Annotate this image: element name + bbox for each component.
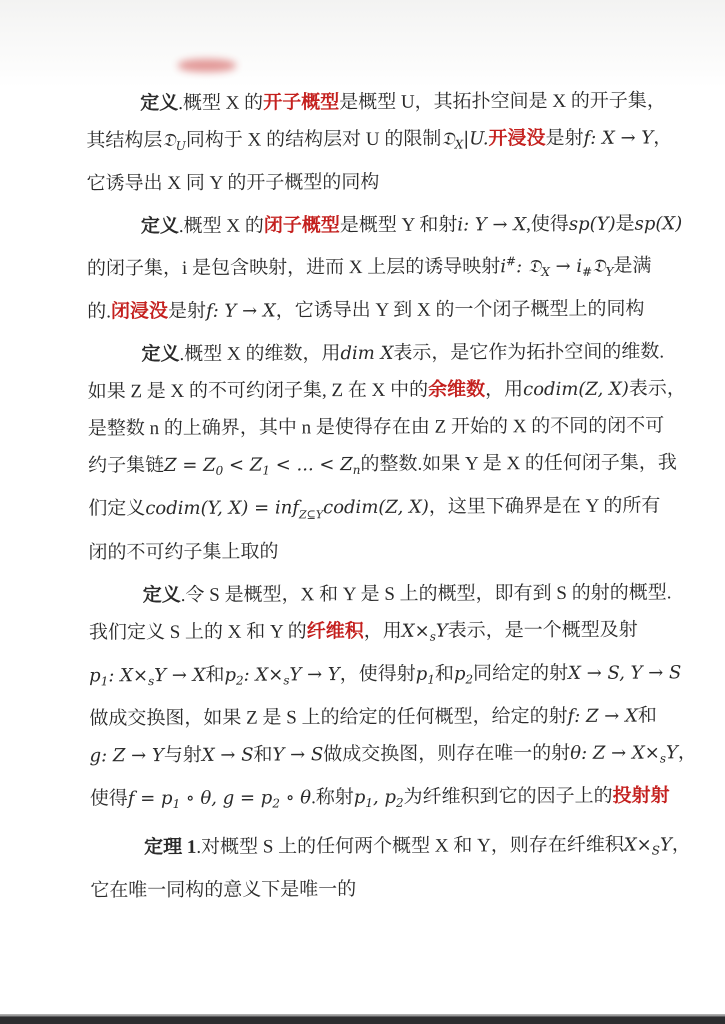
text-run: 它在唯一同构的意义下是唯一的 [90, 879, 356, 901]
text-line: 定义.令 S 是概型，X 和 Y 是 S 上的概型，即有到 S 的射的概型. [89, 574, 656, 614]
text-run: 做成交换图，则存在唯一的射 [323, 743, 570, 765]
text-run: .概型 X 的 [178, 93, 263, 114]
text-run: 是概型 U，其拓扑空间是 X 的开子集， [339, 90, 666, 113]
text-run: sp(Y) [569, 214, 616, 235]
text-run: .概型 X 的 [179, 216, 264, 237]
text-run: p [416, 664, 428, 685]
text-run: X → S [202, 745, 254, 766]
text-run: i: Y → X [457, 214, 526, 235]
text-run: θ: Z → X× [570, 742, 660, 763]
text-run: 与射 [164, 745, 202, 766]
text-run: 和 [253, 744, 272, 765]
text-run: 的整数.如果 Y 是 X 的任何闭子集，我 [360, 452, 677, 475]
text-line: 定义.概型 X 的维数，用dim X表示，是它作为拓扑空间的维数. [87, 333, 654, 373]
document-page: 定义.概型 X 的开子概型是概型 U，其拓扑空间是 X 的开子集，其结构层𝔇U同… [0, 0, 725, 1024]
definition-fiber-product: 定义.令 S 是概型，X 和 Y 是 S 上的概型，即有到 S 的射的概型.我们… [89, 574, 657, 823]
text-run: < ... < Z [270, 454, 353, 475]
text-run: Y → S [272, 744, 323, 765]
text-run: S [652, 843, 660, 857]
text-run: Z⊆Y [299, 508, 323, 521]
key-term: 开子概型 [263, 92, 339, 113]
text-run: : X× [108, 665, 148, 686]
text-run: ，用 [364, 621, 402, 642]
text-line: 定义.概型 X 的开子概型是概型 U，其拓扑空间是 X 的开子集， [86, 82, 653, 122]
key-term: 闭子概型 [264, 215, 340, 236]
text-run: codim(Z, X) [323, 497, 429, 519]
text-run: 和 [638, 705, 657, 726]
text-run: sp(X) [635, 213, 683, 234]
text-run: p [89, 665, 101, 686]
text-run: .概型 X 的维数，用 [179, 343, 340, 365]
definition-open-subscheme: 定义.概型 X 的开子概型是概型 U，其拓扑空间是 X 的开子集，其结构层𝔇U同… [86, 82, 654, 202]
text-run: X → S, Y → S [568, 662, 681, 684]
key-term: 投射射 [613, 785, 670, 806]
text-run: 1 [427, 673, 435, 687]
text-run: 我们定义 S 上的 X 和 Y 的 [89, 621, 307, 643]
text-run: 和 [435, 664, 454, 685]
text-run: X× [624, 834, 652, 855]
text-line: 我们定义 S 上的 X 和 Y 的纤维积，用X×sY表示，是一个概型及射 [89, 611, 656, 657]
text-run: Y [436, 621, 448, 642]
text-line: 它在唯一同构的意义下是唯一的 [90, 869, 657, 909]
text-line: 使得f = p1 ∘ θ, g = p2 ∘ θ.称射p1, p2为纤维积到它的… [90, 777, 657, 823]
text-run: 它诱导出 X 同 Y 的开子概型的同构 [87, 172, 380, 195]
text-run: 定义 [143, 585, 181, 606]
text-run: 表示， [629, 378, 686, 399]
text-run: .称射 [311, 787, 354, 808]
text-run: 2 [465, 672, 473, 686]
text-run: ， [678, 742, 697, 763]
text-run: 2 [396, 796, 404, 810]
text-run: 为纤维积到它的因子上的 [404, 786, 613, 808]
text-line: 约子集链Z = Z0 < Z1 < ... < Zn的整数.如果 Y 是 X 的… [88, 444, 655, 490]
text-run: 𝔇 [162, 130, 175, 151]
text-run: 是概型 Y 和射 [340, 215, 458, 237]
text-run: ，它诱导出 Y 到 X 的一个闭子概型上的同构 [276, 299, 645, 322]
text-run: Y [660, 834, 672, 855]
text-run: 是整数 n 的上确界，其中 n 是使得存在由 Z 开始的 X 的不同的闭不可 [88, 415, 664, 439]
text-run: 如果 Z 是 X 的不可约闭子集, Z 在 X 中的 [88, 380, 429, 403]
text-run: Y [666, 742, 678, 763]
text-run: 同构于 X 的结构层对 U 的限制 [186, 129, 442, 151]
text-run: Y → Y [289, 664, 339, 685]
key-term: 纤维积 [307, 621, 364, 642]
definition-dimension-codimension: 定义.概型 X 的维数，用dim X表示，是它作为拓扑空间的维数.如果 Z 是 … [87, 333, 655, 571]
text-line: p1: X×sY → X和p2: X×sY → Y，使得射p1和p2同给定的射X… [89, 654, 656, 700]
text-run: 们定义 [88, 498, 145, 519]
text-run: f: X → Y [583, 127, 653, 148]
text-run: → i [550, 256, 582, 277]
text-run: |U. [463, 128, 488, 149]
text-run: # [506, 254, 516, 268]
text-run: 表示，是它作为拓扑空间的维数. [393, 341, 664, 363]
text-run: ∘ θ [280, 787, 311, 808]
key-term: 余维数 [428, 379, 485, 400]
text-run: U [176, 139, 186, 153]
text-run: : X× [244, 664, 284, 685]
document-body: 定义.概型 X 的开子概型是概型 U，其拓扑空间是 X 的开子集，其结构层𝔇U同… [0, 0, 725, 910]
text-run: codim(Y, X) = inf [145, 497, 299, 519]
text-run: Y → X [154, 665, 205, 686]
text-line: 的闭子集，i 是包含映射，进而 X 上层的诱导映射i#: 𝔇X → i#𝔇Y是满 [87, 242, 654, 293]
text-run: 是 [616, 214, 635, 235]
text-run: 同给定的射 [473, 663, 568, 684]
text-run: f: Y → X [206, 300, 276, 321]
text-run: f: Z → X [568, 706, 638, 727]
text-run: p [354, 787, 366, 808]
text-line: 定义.概型 X 的闭子概型是概型 Y 和射i: Y → X,使得sp(Y)是sp… [87, 205, 654, 245]
text-run: g: Z → Y [90, 745, 164, 766]
text-run: 1 [262, 463, 270, 477]
text-run: , p [373, 787, 396, 808]
text-run: 定理 1 [144, 837, 196, 858]
text-line: 的.闭浸没是射f: Y → X，它诱导出 Y 到 X 的一个闭子概型上的同构 [87, 290, 654, 330]
text-line: 闭的不可约子集上取的 [88, 531, 655, 571]
text-line: 是整数 n 的上确界，其中 n 是使得存在由 Z 开始的 X 的不同的闭不可 [88, 407, 655, 447]
text-run: ， [653, 127, 672, 148]
text-line: g: Z → Y与射X → S和Y → S做成交换图，则存在唯一的射θ: Z →… [89, 734, 656, 780]
text-run: 定义 [140, 93, 178, 114]
theorem-1-fiber-product-existence: 定理 1.对概型 S 上的任何两个概型 X 和 Y，则存在纤维积X×SY，它在唯… [90, 826, 657, 909]
text-run: ,使得 [526, 214, 569, 235]
text-run: # [582, 265, 592, 279]
key-term: 开浸没 [488, 128, 545, 149]
text-line: 其结构层𝔇U同构于 X 的结构层对 U 的限制𝔇X|U.开浸没是射f: X → … [86, 119, 653, 165]
text-run: 表示，是一个概型及射 [448, 620, 638, 642]
text-run: ∘ θ, g = p [180, 787, 272, 808]
text-run: 定义 [141, 344, 179, 365]
text-run: .令 S 是概型，X 和 Y 是 S 上的概型，即有到 S 的射的概型. [181, 582, 672, 606]
text-run: X [541, 265, 550, 279]
text-run: 是满 [613, 255, 651, 276]
text-run: 是射 [168, 301, 206, 322]
text-run: 的. [87, 301, 111, 322]
text-run: p [224, 665, 236, 686]
text-run: 定义 [141, 216, 179, 237]
text-run: 𝔇 [441, 129, 454, 150]
text-run: 是射 [545, 128, 583, 149]
text-run: 约子集链 [88, 455, 164, 476]
text-run: < Z [223, 455, 262, 476]
text-run: Z = Z [164, 455, 216, 476]
text-line: 们定义codim(Y, X) = infZ⊆Ycodim(Z, X)，这里下确界… [88, 487, 655, 534]
key-term: 闭浸没 [111, 301, 168, 322]
text-run: X× [402, 621, 430, 642]
text-line: 如果 Z 是 X 的不可约闭子集, Z 在 X 中的余维数，用codim(Z, … [88, 370, 655, 410]
text-run: .对概型 S 上的任何两个概型 X 和 Y，则存在纤维积 [196, 835, 624, 858]
text-line: 它诱导出 X 同 Y 的开子概型的同构 [86, 162, 653, 202]
text-line: 做成交换图，如果 Z 是 S 上的给定的任何概型，给定的射f: Z → X和 [89, 697, 656, 737]
text-run: ，这里下确界是在 Y 的所有 [429, 495, 661, 517]
text-run: ， [672, 834, 691, 855]
text-run: p [454, 663, 466, 684]
text-run: f = p [128, 788, 173, 809]
text-run: 使得 [90, 788, 128, 809]
text-run: 的闭子集，i 是包含映射，进而 X 上层的诱导映射 [87, 256, 500, 279]
text-run: 其结构层 [86, 130, 162, 151]
text-run: X [455, 137, 464, 151]
text-run: 闭的不可约子集上取的 [88, 541, 278, 563]
text-run: 𝔇 [592, 256, 605, 277]
text-run: ，使得射 [340, 664, 416, 685]
text-run: dim X [340, 343, 393, 364]
text-run: 做成交换图，如果 Z 是 S 上的给定的任何概型，给定的射 [89, 706, 567, 730]
bottom-taskbar-edge [0, 1014, 725, 1024]
text-run: ，用 [485, 379, 523, 400]
text-run: : 𝔇 [516, 256, 541, 277]
text-run: 和 [205, 665, 224, 686]
text-line: 定理 1.对概型 S 上的任何两个概型 X 和 Y，则存在纤维积X×SY， [90, 826, 657, 872]
text-run: codim(Z, X) [523, 379, 629, 401]
definition-closed-subscheme: 定义.概型 X 的闭子概型是概型 Y 和射i: Y → X,使得sp(Y)是sp… [87, 205, 655, 330]
